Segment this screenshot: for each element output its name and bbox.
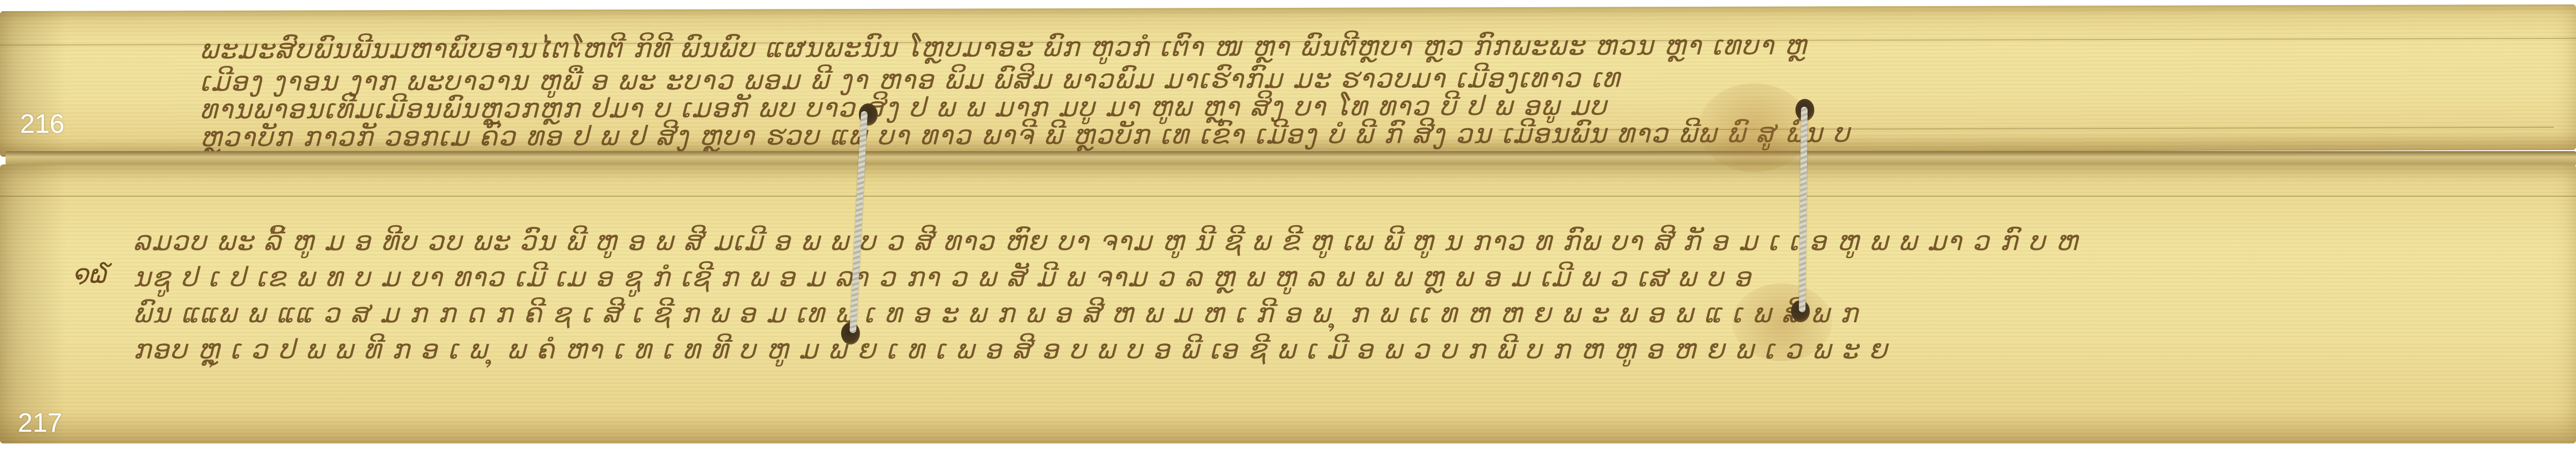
script-line: ນຊູ ປ ເ ປ ເຂ ພ ທ ບ ມ ບາ ທາວ ເມີ ເມ ອ ຊູ … [133, 262, 1752, 293]
script-line: ກອບ ຫຼຸ ເ ວ ປ ພ ພ ທີ ກ ອ ເ ພ ຸ ພ ຄໍ ຫາ ເ… [133, 334, 1888, 365]
stain [1699, 83, 1810, 172]
leaf-216-edge [6, 151, 2576, 166]
script-line: ພະມະສົບພົນພີນມຫາພົບອານໄຕໂຫຕີ ກິທີ ພົນພົບ… [200, 30, 1807, 66]
leaf-crease [0, 196, 2576, 197]
palm-leaf-217: ໑໖ ລມວບ ພະ ລີ້ ຫູ ມ ອ ທີບ ວບ ພະ ວົນ ພີ ຫ… [0, 164, 2576, 443]
leaf-number-216: 216 [20, 111, 64, 138]
script-line: ພົນ ແແພ ພ ແແ ວ ສ ມ ກ ກ ດ ກ ຄີ ຊ ເ ສີ ເ ຊ… [133, 298, 1859, 329]
margin-mark: ໑໖ [72, 259, 107, 289]
script-line: ລມວບ ພະ ລີ້ ຫູ ມ ອ ທີບ ວບ ພະ ວົນ ພີ ຫູ ອ… [133, 226, 2079, 257]
leaf-number-217: 217 [18, 410, 62, 437]
script-line: ຫຼວາບັກ ກາວກັ ວອກເມ ຄົວ ທອ ປ ພ ປ ສີງ ຫຼບ… [200, 117, 1851, 153]
palm-leaf-216: ພະມະສົບພົນພີນມຫາພົບອານໄຕໂຫຕີ ກິທີ ພົນພົບ… [0, 4, 2576, 157]
